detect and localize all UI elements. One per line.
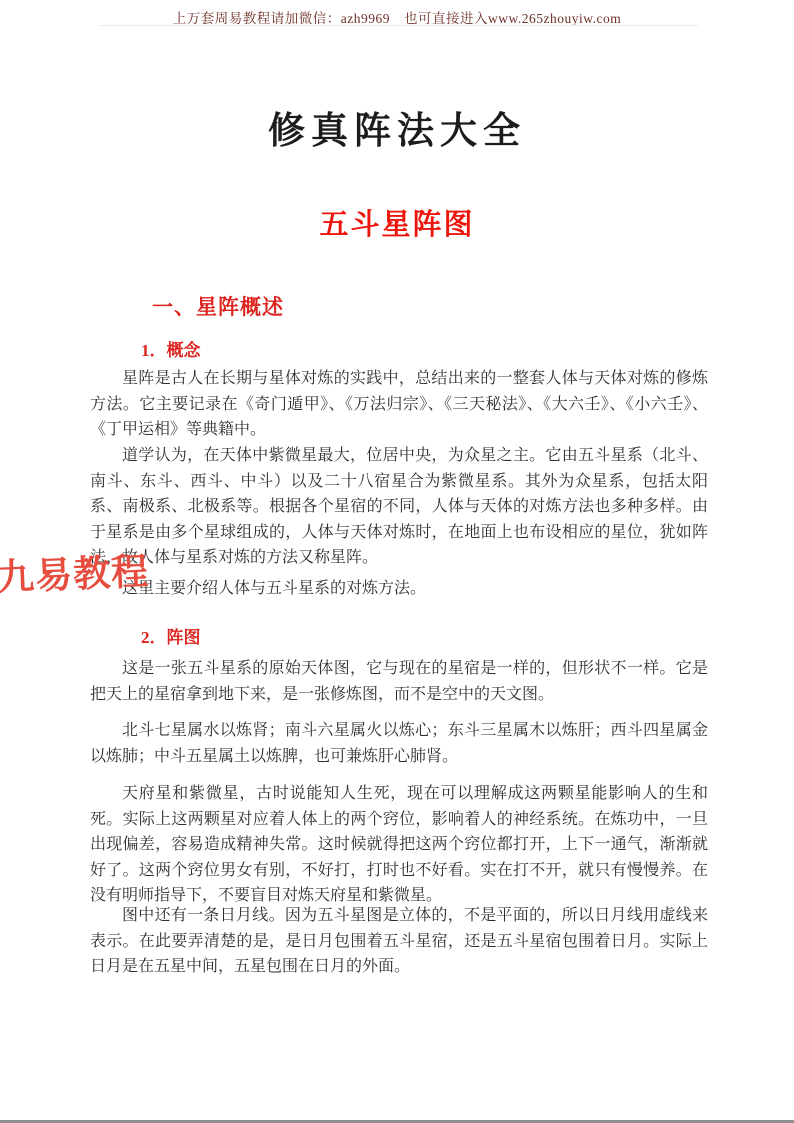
main-title: 修真阵法大全 (0, 100, 794, 154)
paragraph-diagram-1: 这是一张五斗星系的原始天体图，它与现在的星宿是一样的，但形状不一样。它是把天上的… (90, 656, 708, 707)
document-page: 上万套周易教程请加微信：azh9969 也可直接进入www.265zhouyiw… (0, 0, 794, 1123)
chapter-title: 五斗星阵图 (0, 202, 794, 243)
paragraph-concept-2: 道学认为，在天体中紫微星最大，位居中央，为众星之主。它由五斗星系（北斗、南斗、东… (90, 443, 708, 571)
page-header-promo-text: 上万套周易教程请加微信：azh9969 也可直接进入www.265zhouyiw… (0, 7, 794, 27)
section-heading-overview: 一、星阵概述 (152, 291, 284, 321)
subsection-heading-concept: 1．概念 (141, 336, 201, 361)
paragraph-concept-1: 星阵是古人在长期与星体对炼的实践中，总结出来的一整套人体与天体对炼的修炼方法。它… (90, 366, 708, 443)
paragraph-concept-3: 这里主要介绍人体与五斗星系的对炼方法。 (90, 576, 708, 602)
paragraph-diagram-3: 天府星和紫微星，古时说能知人生死，现在可以理解成这两颗星能影响人的生和死。实际上… (90, 781, 708, 909)
watermark-jiuyi-jiaocheng: 九易教程 (0, 541, 150, 602)
header-divider (98, 25, 698, 26)
paragraph-diagram-2: 北斗七星属水以炼肾；南斗六星属火以炼心；东斗三星属木以炼肝；西斗四星属金以炼肺；… (90, 718, 708, 769)
subsection-heading-diagram: 2．阵图 (141, 623, 201, 648)
paragraph-diagram-4: 图中还有一条日月线。因为五斗星图是立体的，不是平面的，所以日月线用虚线来表示。在… (90, 903, 708, 980)
